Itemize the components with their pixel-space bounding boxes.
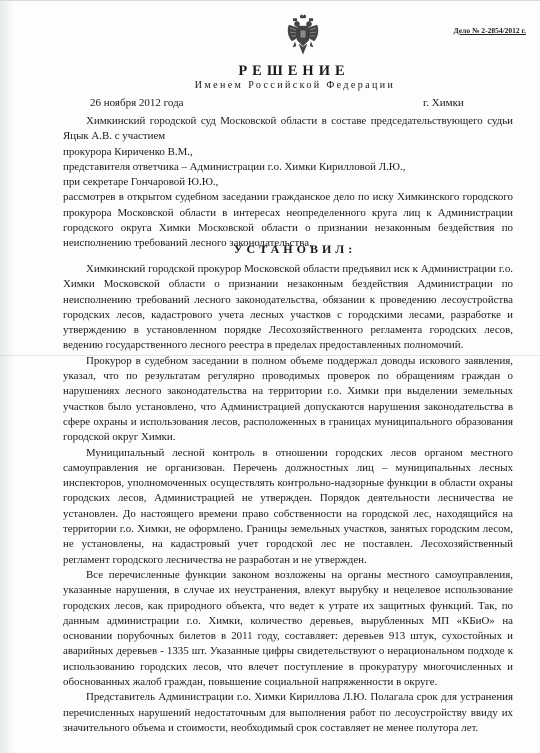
- case-number: Дело № 2-2854/2012 г.: [454, 26, 526, 35]
- intro-line: прокурора Кириченко В.М.,: [63, 145, 513, 160]
- document-city: г. Химки: [423, 97, 464, 109]
- intro-line: Химкинский городской суд Московской обла…: [63, 114, 513, 145]
- russian-coat-of-arms-icon: [286, 14, 320, 56]
- document-subtitle: Именем Российской Федерации: [0, 80, 540, 91]
- document-title: РЕШЕНИЕ: [0, 63, 540, 80]
- intro-line: при секретаре Гончаровой Ю.Ю.,: [63, 175, 513, 190]
- paragraph: Представитель Администрации г.о. Химки К…: [63, 690, 513, 736]
- paragraph: Химкинский городской прокурор Московской…: [63, 262, 513, 354]
- paragraph: Прокурор в судебном заседании в полном о…: [63, 354, 513, 446]
- section-heading: УСТАНОВИЛ:: [0, 242, 540, 257]
- intro-block: Химкинский городской суд Московской обла…: [63, 114, 513, 252]
- paragraph: Муниципальный лесной контроль в отношени…: [63, 446, 513, 568]
- document-page: Дело № 2-2854/2012 г. РЕШЕНИЕ: [0, 0, 540, 753]
- scan-top-line: [0, 0, 540, 1]
- intro-line: представителя ответчика – Администрации …: [63, 160, 513, 175]
- main-text-block: Химкинский городской прокурор Московской…: [63, 262, 513, 736]
- document-date: 26 ноября 2012 года: [90, 97, 184, 109]
- paragraph: Все перечисленные функции законом возлож…: [63, 568, 513, 690]
- scan-edge-shadow: [0, 0, 14, 753]
